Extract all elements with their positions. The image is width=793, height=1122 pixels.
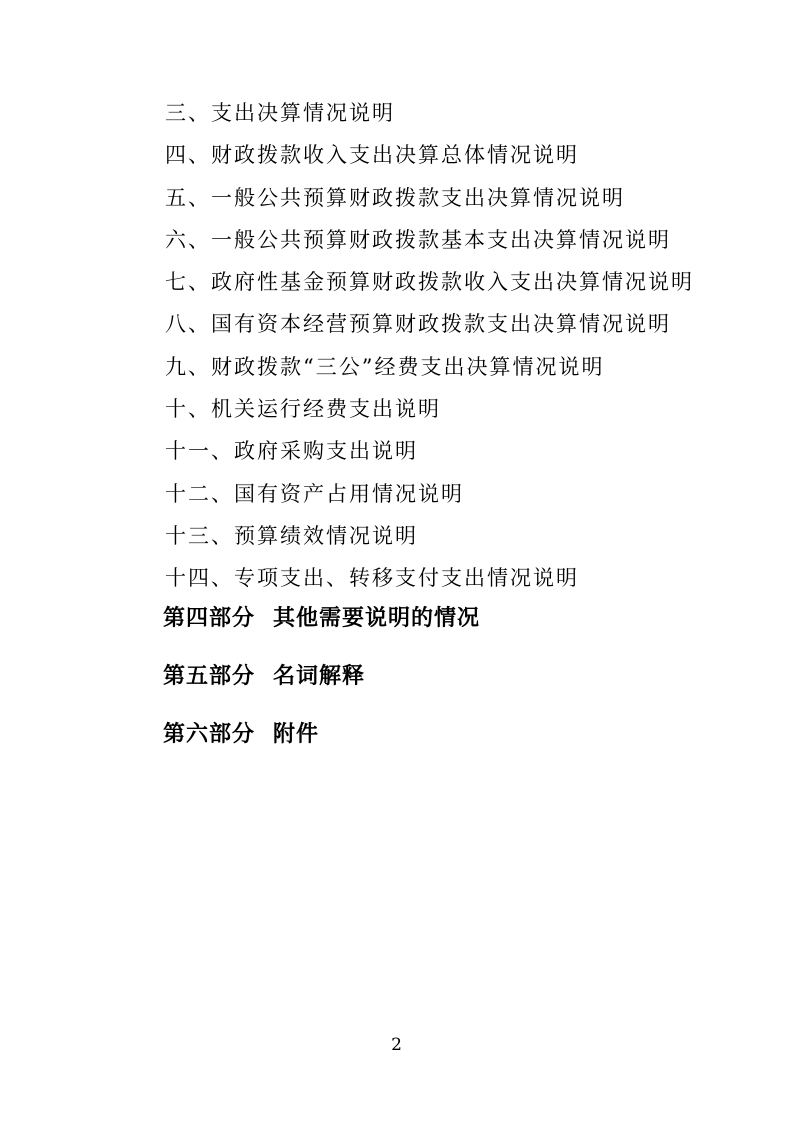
part-heading-title: 附件: [273, 722, 319, 747]
toc-entry-14: 十四、专项支出、转移支付支出情况说明: [120, 557, 693, 599]
toc-entry-13: 十三、预算绩效情况说明: [120, 515, 693, 557]
page-footer: 2: [0, 1034, 793, 1056]
part-heading-label: 第五部分: [163, 664, 255, 689]
toc-entry-12: 十二、国有资产占用情况说明: [120, 473, 693, 515]
toc-entry-4: 四、财政拨款收入支出决算总体情况说明: [120, 134, 693, 176]
part-heading-title: 名词解释: [273, 664, 365, 689]
toc-entry-6: 六、一般公共预算财政拨款基本支出决算情况说明: [120, 219, 693, 261]
toc-entry-5: 五、一般公共预算财政拨款支出决算情况说明: [120, 177, 693, 219]
toc-entry-10: 十、机关运行经费支出说明: [120, 388, 693, 430]
part-heading-title: 其他需要说明的情况: [273, 606, 480, 631]
part-heading-5: 第五部分名词解释: [120, 658, 693, 695]
toc-entry-11: 十一、政府采购支出说明: [120, 430, 693, 472]
toc-entry-9: 九、财政拨款“三公”经费支出决算情况说明: [120, 346, 693, 388]
toc-entry-7: 七、政府性基金预算财政拨款收入支出决算情况说明: [120, 261, 693, 303]
document-page: 三、支出决算情况说明 四、财政拨款收入支出决算总体情况说明 五、一般公共预算财政…: [0, 0, 793, 1122]
toc-entry-3: 三、支出决算情况说明: [120, 92, 693, 134]
part-heading-label: 第六部分: [163, 722, 255, 747]
toc-entry-8: 八、国有资本经营预算财政拨款支出决算情况说明: [120, 303, 693, 345]
part-heading-6: 第六部分附件: [120, 716, 693, 753]
toc-section: 三、支出决算情况说明 四、财政拨款收入支出决算总体情况说明 五、一般公共预算财政…: [120, 92, 693, 774]
page-number: 2: [391, 1035, 402, 1055]
part-heading-4: 第四部分其他需要说明的情况: [120, 600, 693, 637]
part-heading-label: 第四部分: [163, 606, 255, 631]
